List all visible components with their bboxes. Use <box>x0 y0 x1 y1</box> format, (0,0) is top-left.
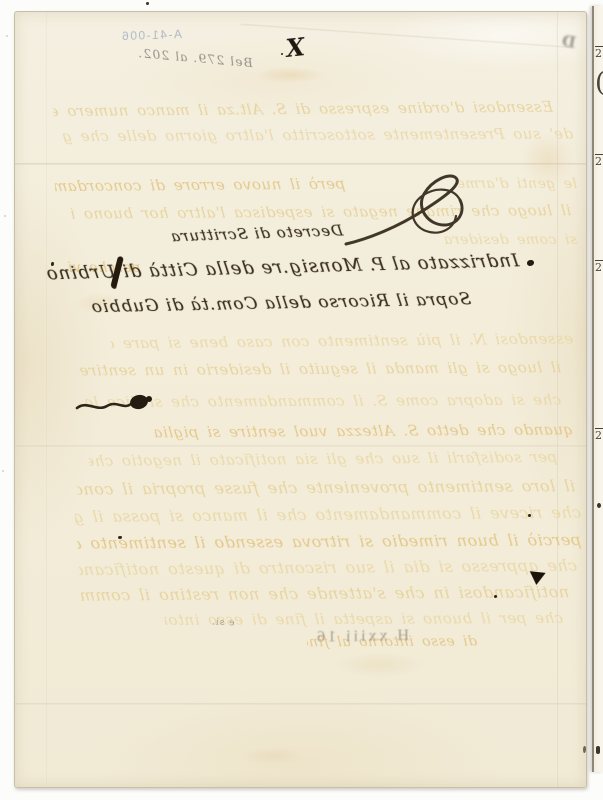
scan-background: Essendosi d'ordine espresso di S. Alt.za… <box>0 0 603 800</box>
bleedthrough-text-line: perciò il buon rimedio si ritrova essend… <box>76 530 582 553</box>
edge-strip-mark: 2 <box>595 154 603 168</box>
bleedthrough-text-line: quando che detto S. Altezza vuol sentire… <box>154 421 574 442</box>
bleedthrough-text-line: de' suo Presentemente sottoscritto l'alt… <box>60 125 574 146</box>
bleedthrough-text-line: per sodisfarli il suo che gli sia notifi… <box>88 448 558 470</box>
stamp-side-note: e si. <box>211 617 235 628</box>
paper-stain <box>520 132 575 187</box>
ink-speck <box>528 514 531 517</box>
paper-stain <box>240 747 305 765</box>
corner-smudge-mark: D <box>560 31 577 52</box>
edge-strip-mark: 2 <box>595 46 603 60</box>
edge-strip-mark: 2 <box>595 260 603 274</box>
ink-speck <box>118 536 122 539</box>
paper-stain <box>255 67 325 83</box>
edge-strip-mark: 2 <box>595 428 603 442</box>
fold-crease <box>45 12 47 787</box>
ink-speck <box>281 53 283 55</box>
fold-crease <box>556 12 558 787</box>
address-line-3: Sopra il Ricorso della Com.tà di Gubbio <box>130 289 472 316</box>
address-line-1: Decreto di Scrittura <box>197 222 344 245</box>
bleedthrough-text-line: il loro sentimento proveniente che fusse… <box>76 476 576 498</box>
bleedthrough-text-line: il luogo si gli manda il seguito il desi… <box>72 358 562 379</box>
bleedthrough-text-line: però il nuovo errore di concordamento ch… <box>54 175 346 196</box>
bleedthrough-text-line: che appresso si dia il suo riscontro di … <box>78 556 578 579</box>
library-stamp: H xxiii 16 <box>293 627 409 647</box>
paper-stain <box>335 652 425 678</box>
scan-speck <box>146 2 149 5</box>
bleedthrough-text-line: Essendosi d'ordine espresso di S. Alt.za… <box>52 98 554 120</box>
bleedthrough-text-line: notificandosi in che s'attende che non r… <box>80 582 570 604</box>
bleedthrough-text-line: che riceve il commandamento che il manco… <box>74 503 582 526</box>
scan-speck <box>6 35 8 37</box>
ink-flourish <box>340 172 470 252</box>
collation-x-mark: X <box>285 32 307 63</box>
ink-speck <box>596 746 600 754</box>
fold-crease <box>15 162 586 165</box>
pencil-shelfmark: A-41-006 <box>70 27 182 45</box>
address-line-2: Indrizzato al P. Monsig.re della Città d… <box>112 250 521 282</box>
manuscript-page: Essendosi d'ordine espresso di S. Alt.za… <box>14 11 587 788</box>
fold-crease <box>15 444 586 447</box>
edge-strip-mark: ( <box>595 68 603 98</box>
ink-speck <box>527 260 534 266</box>
inventory-ink-note: Bel 279. al 202. <box>111 43 254 70</box>
scan-speck <box>2 470 4 472</box>
bleedthrough-text-line: il luogo che rimane negato si espedisca … <box>70 201 572 222</box>
ink-blot-triangle <box>528 571 545 586</box>
fold-crease <box>15 702 586 705</box>
scan-speck <box>4 215 6 217</box>
adjacent-page-strip: 2(222 <box>592 6 603 772</box>
ink-speck <box>597 503 601 508</box>
bleedthrough-text-line: essendosi N. il più sentimento con caso … <box>110 330 574 353</box>
ink-speck <box>583 746 586 753</box>
ink-speck <box>494 595 497 598</box>
ink-scribble-blot <box>75 391 157 417</box>
